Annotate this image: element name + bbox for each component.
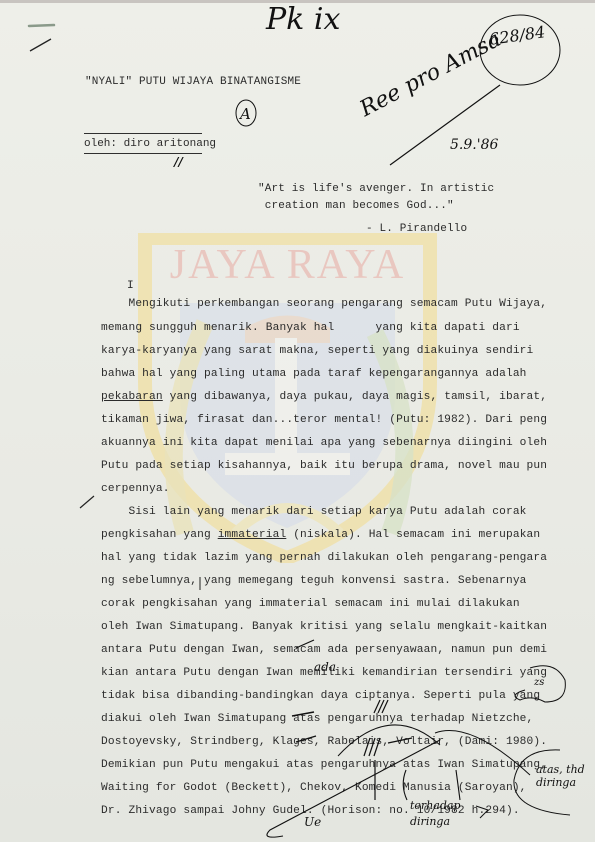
circle-mark-icon <box>514 750 570 815</box>
insert-caret-icon <box>364 738 370 756</box>
margin-tick-icon <box>80 496 94 508</box>
arrow-stroke-icon <box>435 731 530 775</box>
strikeout-mark-icon <box>296 736 316 742</box>
strikeout-mark-icon <box>296 640 314 648</box>
pen-strokes-overlay <box>0 0 595 842</box>
circle-mark-icon <box>480 15 560 85</box>
arrow-stroke-icon <box>338 725 440 756</box>
circle-mark-icon <box>236 100 256 126</box>
circle-mark-icon <box>515 666 565 702</box>
strikeout-mark-icon <box>292 712 314 716</box>
arrow-stroke-icon <box>267 740 440 837</box>
strikeout-mark-icon <box>388 738 412 743</box>
margin-slash-icon <box>30 39 51 51</box>
diagonal-stroke-icon <box>390 85 500 165</box>
staple-mark-icon <box>29 25 54 26</box>
document-page: JAYA RAYA "NYALI" PUTU WIJAYA BINATANGIS… <box>0 0 595 842</box>
